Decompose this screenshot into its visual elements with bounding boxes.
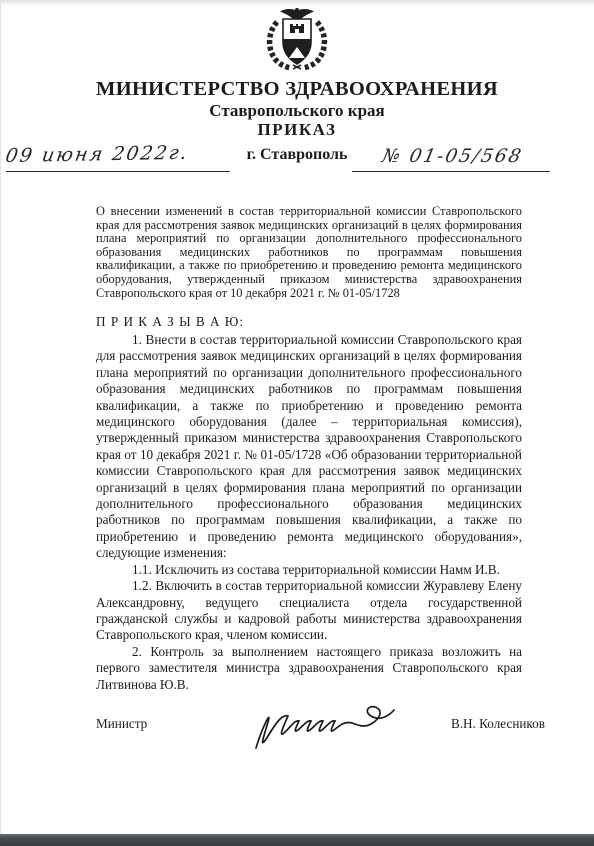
paragraph-1-1: 1.1. Исключить из состава территориально… [96,562,522,578]
order-word: П Р И К А З Ы В А Ю: [96,314,244,330]
signature-block: Министр В.Н. Колесников [96,712,545,762]
paragraph-1-2: 1.2. Включить в состав территориальной к… [96,578,522,644]
signer-title: Министр [96,716,147,732]
paragraph-1: 1. Внести в состав территориальной комис… [96,332,522,562]
region-subtitle: Ставропольского края [0,101,594,121]
ministry-title: МИНИСТЕРСТВО ЗДРАВООХРАНЕНИЯ [0,78,594,101]
order-subject: О внесении изменений в состав территориа… [96,205,522,300]
coat-of-arms-icon [262,6,332,70]
city-label: г. Ставрополь [0,146,594,164]
paragraph-2: 2. Контроль за выполнением настоящего пр… [96,644,522,693]
document-page: МИНИСТЕРСТВО ЗДРАВООХРАНЕНИЯ Ставропольс… [0,0,594,846]
signer-name: В.Н. Колесников [451,716,545,732]
document-type-title: ПРИКАЗ [0,120,594,140]
minister-signature-icon [248,698,398,761]
order-body: 1. Внести в состав территориальной комис… [96,332,522,693]
scan-bottom-edge [0,834,594,846]
